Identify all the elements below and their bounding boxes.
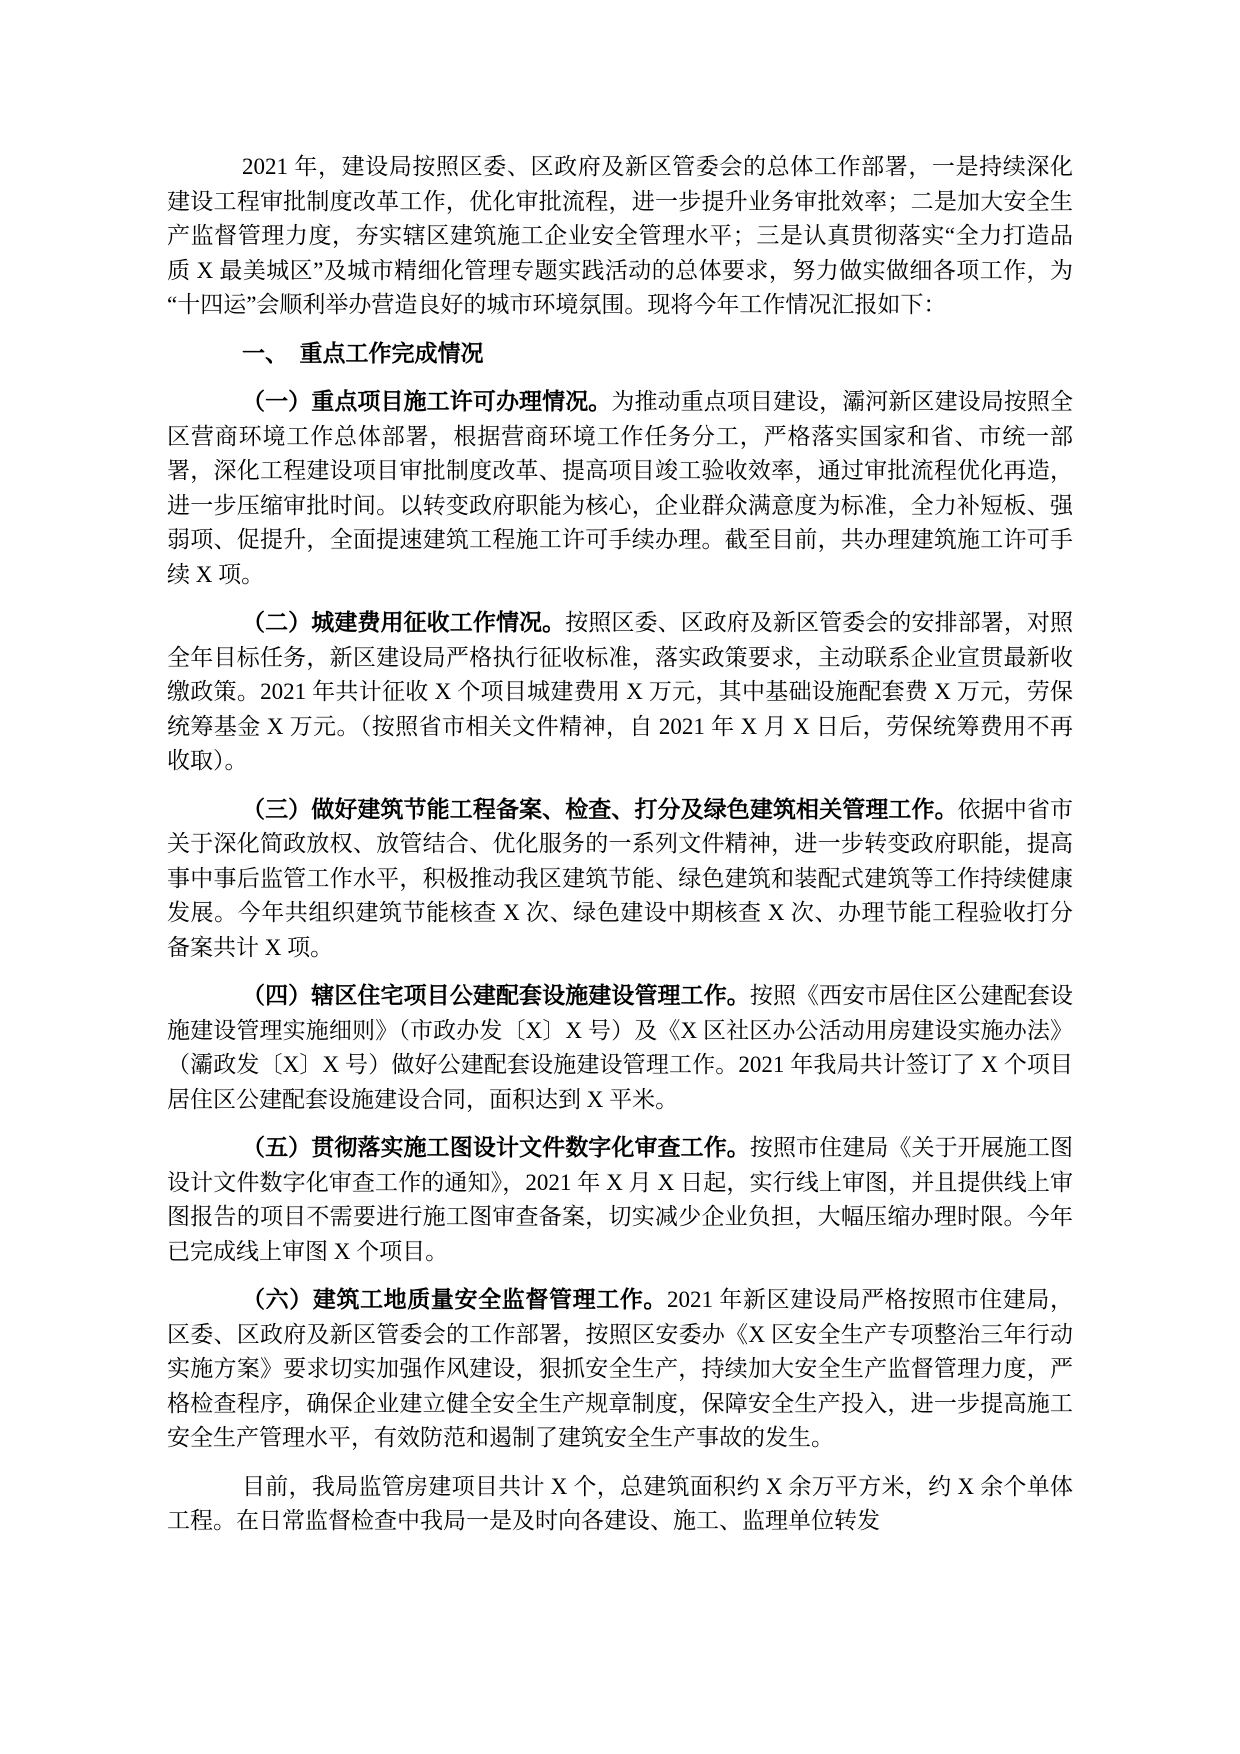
intro-paragraph: 2021 年，建设局按照区委、区政府及新区管委会的总体工作部署，一是持续深化建设… xyxy=(167,150,1073,323)
bold-text-run: （六）建筑工地质量安全监督管理工作。 xyxy=(242,1287,667,1312)
text-run: 为推动重点项目建设，灞河新区建设局按照全区营商环境工作总体部署，根据营商环境工作… xyxy=(167,389,1073,587)
bold-text-run: （一）重点项目施工许可办理情况。 xyxy=(242,389,611,414)
text-run: 目前，我局监管房建项目共计 X 个，总建筑面积约 X 余万平方米，约 X 余个单… xyxy=(167,1474,1073,1534)
bold-text-run: （三）做好建筑节能工程备案、检查、打分及绿色建筑相关管理工作。 xyxy=(242,797,958,822)
document-page: 2021 年，建设局按照区委、区政府及新区管委会的总体工作部署，一是持续深化建设… xyxy=(0,0,1240,1754)
bold-text-run: 一、 重点工作完成情况 xyxy=(242,341,484,366)
bold-text-run: （二）城建费用征收工作情况。 xyxy=(242,610,565,635)
bold-text-run: （五）贯彻落实施工图设计文件数字化审查工作。 xyxy=(242,1135,750,1160)
subsection-4-paragraph: （四）辖区住宅项目公建配套设施建设管理工作。按照《西安市居住区公建配套设施建设管… xyxy=(167,979,1073,1117)
subsection-1-paragraph: （一）重点项目施工许可办理情况。为推动重点项目建设，灞河新区建设局按照全区营商环… xyxy=(167,385,1073,592)
section-heading-1: 一、 重点工作完成情况 xyxy=(167,337,1073,372)
document-body: 2021 年，建设局按照区委、区政府及新区管委会的总体工作部署，一是持续深化建设… xyxy=(167,150,1073,1539)
subsection-3-paragraph: （三）做好建筑节能工程备案、检查、打分及绿色建筑相关管理工作。依据中省市关于深化… xyxy=(167,793,1073,966)
text-run: 2021 年，建设局按照区委、区政府及新区管委会的总体工作部署，一是持续深化建设… xyxy=(167,154,1073,317)
subsection-5-paragraph: （五）贯彻落实施工图设计文件数字化审查工作。按照市住建局《关于开展施工图设计文件… xyxy=(167,1131,1073,1269)
bold-text-run: （四）辖区住宅项目公建配套设施建设管理工作。 xyxy=(242,983,750,1008)
supervision-summary-paragraph: 目前，我局监管房建项目共计 X 个，总建筑面积约 X 余万平方米，约 X 余个单… xyxy=(167,1470,1073,1539)
subsection-6-paragraph: （六）建筑工地质量安全监督管理工作。2021 年新区建设局严格按照市住建局，区委… xyxy=(167,1283,1073,1456)
subsection-2-paragraph: （二）城建费用征收工作情况。按照区委、区政府及新区管委会的安排部署，对照全年目标… xyxy=(167,606,1073,779)
